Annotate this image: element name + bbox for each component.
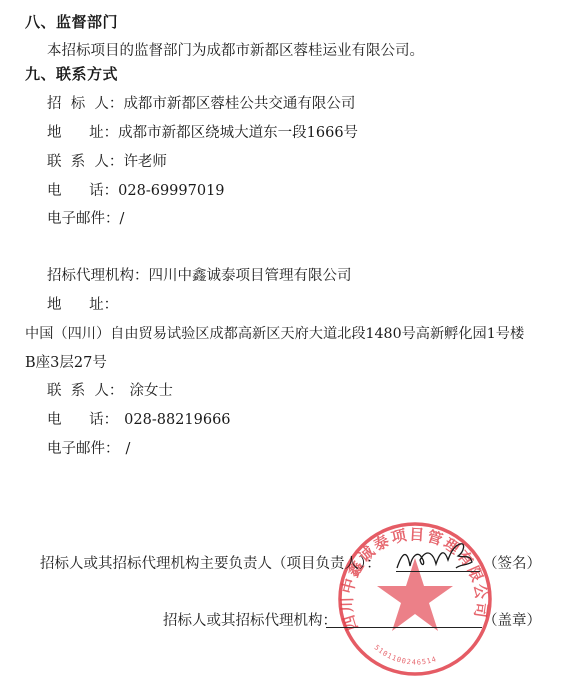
tenderer-contact-row: 联 系 人：许老师	[47, 153, 167, 171]
seal-suffix: （盖章）	[483, 612, 541, 630]
handwritten-signature	[392, 538, 482, 574]
section-9-heading: 九、联系方式	[25, 65, 118, 83]
section-8-heading: 八、监督部门	[25, 13, 118, 31]
agency-address-line2: B座3层27号	[25, 354, 107, 372]
agency-name-row: 招标代理机构：四川中鑫诚泰项目管理有限公司	[47, 267, 352, 285]
agency-address-line1: 中国（四川）自由贸易试验区成都高新区天府大道北段1480号高新孵化园1号楼	[25, 325, 524, 343]
organization-row: 招标人或其招标代理机构：	[163, 612, 337, 630]
tenderer-phone-label: 电 话：	[47, 183, 118, 199]
tenderer-contact-value: 许老师	[123, 154, 167, 170]
agency-contact-label: 联 系 人：	[47, 383, 123, 399]
tenderer-name-value: 成都市新都区蓉桂公共交通有限公司	[123, 96, 355, 112]
svg-text:5101100246514: 5101100246514	[373, 643, 438, 666]
agency-email-label: 电子邮件：	[47, 441, 120, 457]
responsible-label: 招标人或其招标代理机构主要负责人（项目负责人）：	[40, 556, 381, 572]
responsible-person-row: 招标人或其招标代理机构主要负责人（项目负责人）：	[40, 555, 381, 573]
tenderer-contact-label: 联 系 人：	[47, 154, 123, 170]
seal-line	[326, 627, 482, 628]
agency-email-row: 电子邮件：/	[47, 440, 130, 458]
agency-address-label: 地 址：	[47, 297, 118, 313]
agency-address-row: 地 址：	[47, 296, 118, 314]
tenderer-address-value: 成都市新都区绕城大道东一段1666号	[118, 125, 358, 141]
tenderer-name-label: 招 标 人：	[47, 96, 123, 112]
agency-email-value: /	[126, 441, 131, 457]
agency-contact-row: 联 系 人：涂女士	[47, 382, 173, 400]
section-8-body: 本招标项目的监督部门为成都市新都区蓉桂运业有限公司。	[47, 42, 424, 60]
organization-label: 招标人或其招标代理机构：	[163, 613, 337, 629]
tenderer-email-row: 电子邮件：/	[47, 210, 124, 228]
stamp-code: 5101100246514	[373, 643, 438, 666]
agency-phone-row: 电 话：028-88219666	[47, 411, 231, 429]
tenderer-email-label: 电子邮件：	[47, 211, 120, 227]
agency-phone-label: 电 话：	[47, 412, 118, 428]
tenderer-phone-value: 028-69997019	[118, 183, 224, 199]
tenderer-phone-row: 电 话：028-69997019	[47, 182, 225, 200]
tenderer-address-label: 地 址：	[47, 125, 118, 141]
agency-phone-value: 028-88219666	[124, 412, 230, 428]
sign-suffix: （签名）	[483, 555, 541, 573]
signature-line	[396, 571, 480, 572]
agency-contact-value: 涂女士	[129, 383, 173, 399]
tenderer-name-row: 招 标 人：成都市新都区蓉桂公共交通有限公司	[47, 95, 355, 113]
agency-name-value: 四川中鑫诚泰项目管理有限公司	[149, 268, 352, 284]
agency-name-label: 招标代理机构：	[47, 268, 149, 284]
tenderer-email-value: /	[120, 211, 125, 227]
tenderer-address-row: 地 址：成都市新都区绕城大道东一段1666号	[47, 124, 358, 142]
